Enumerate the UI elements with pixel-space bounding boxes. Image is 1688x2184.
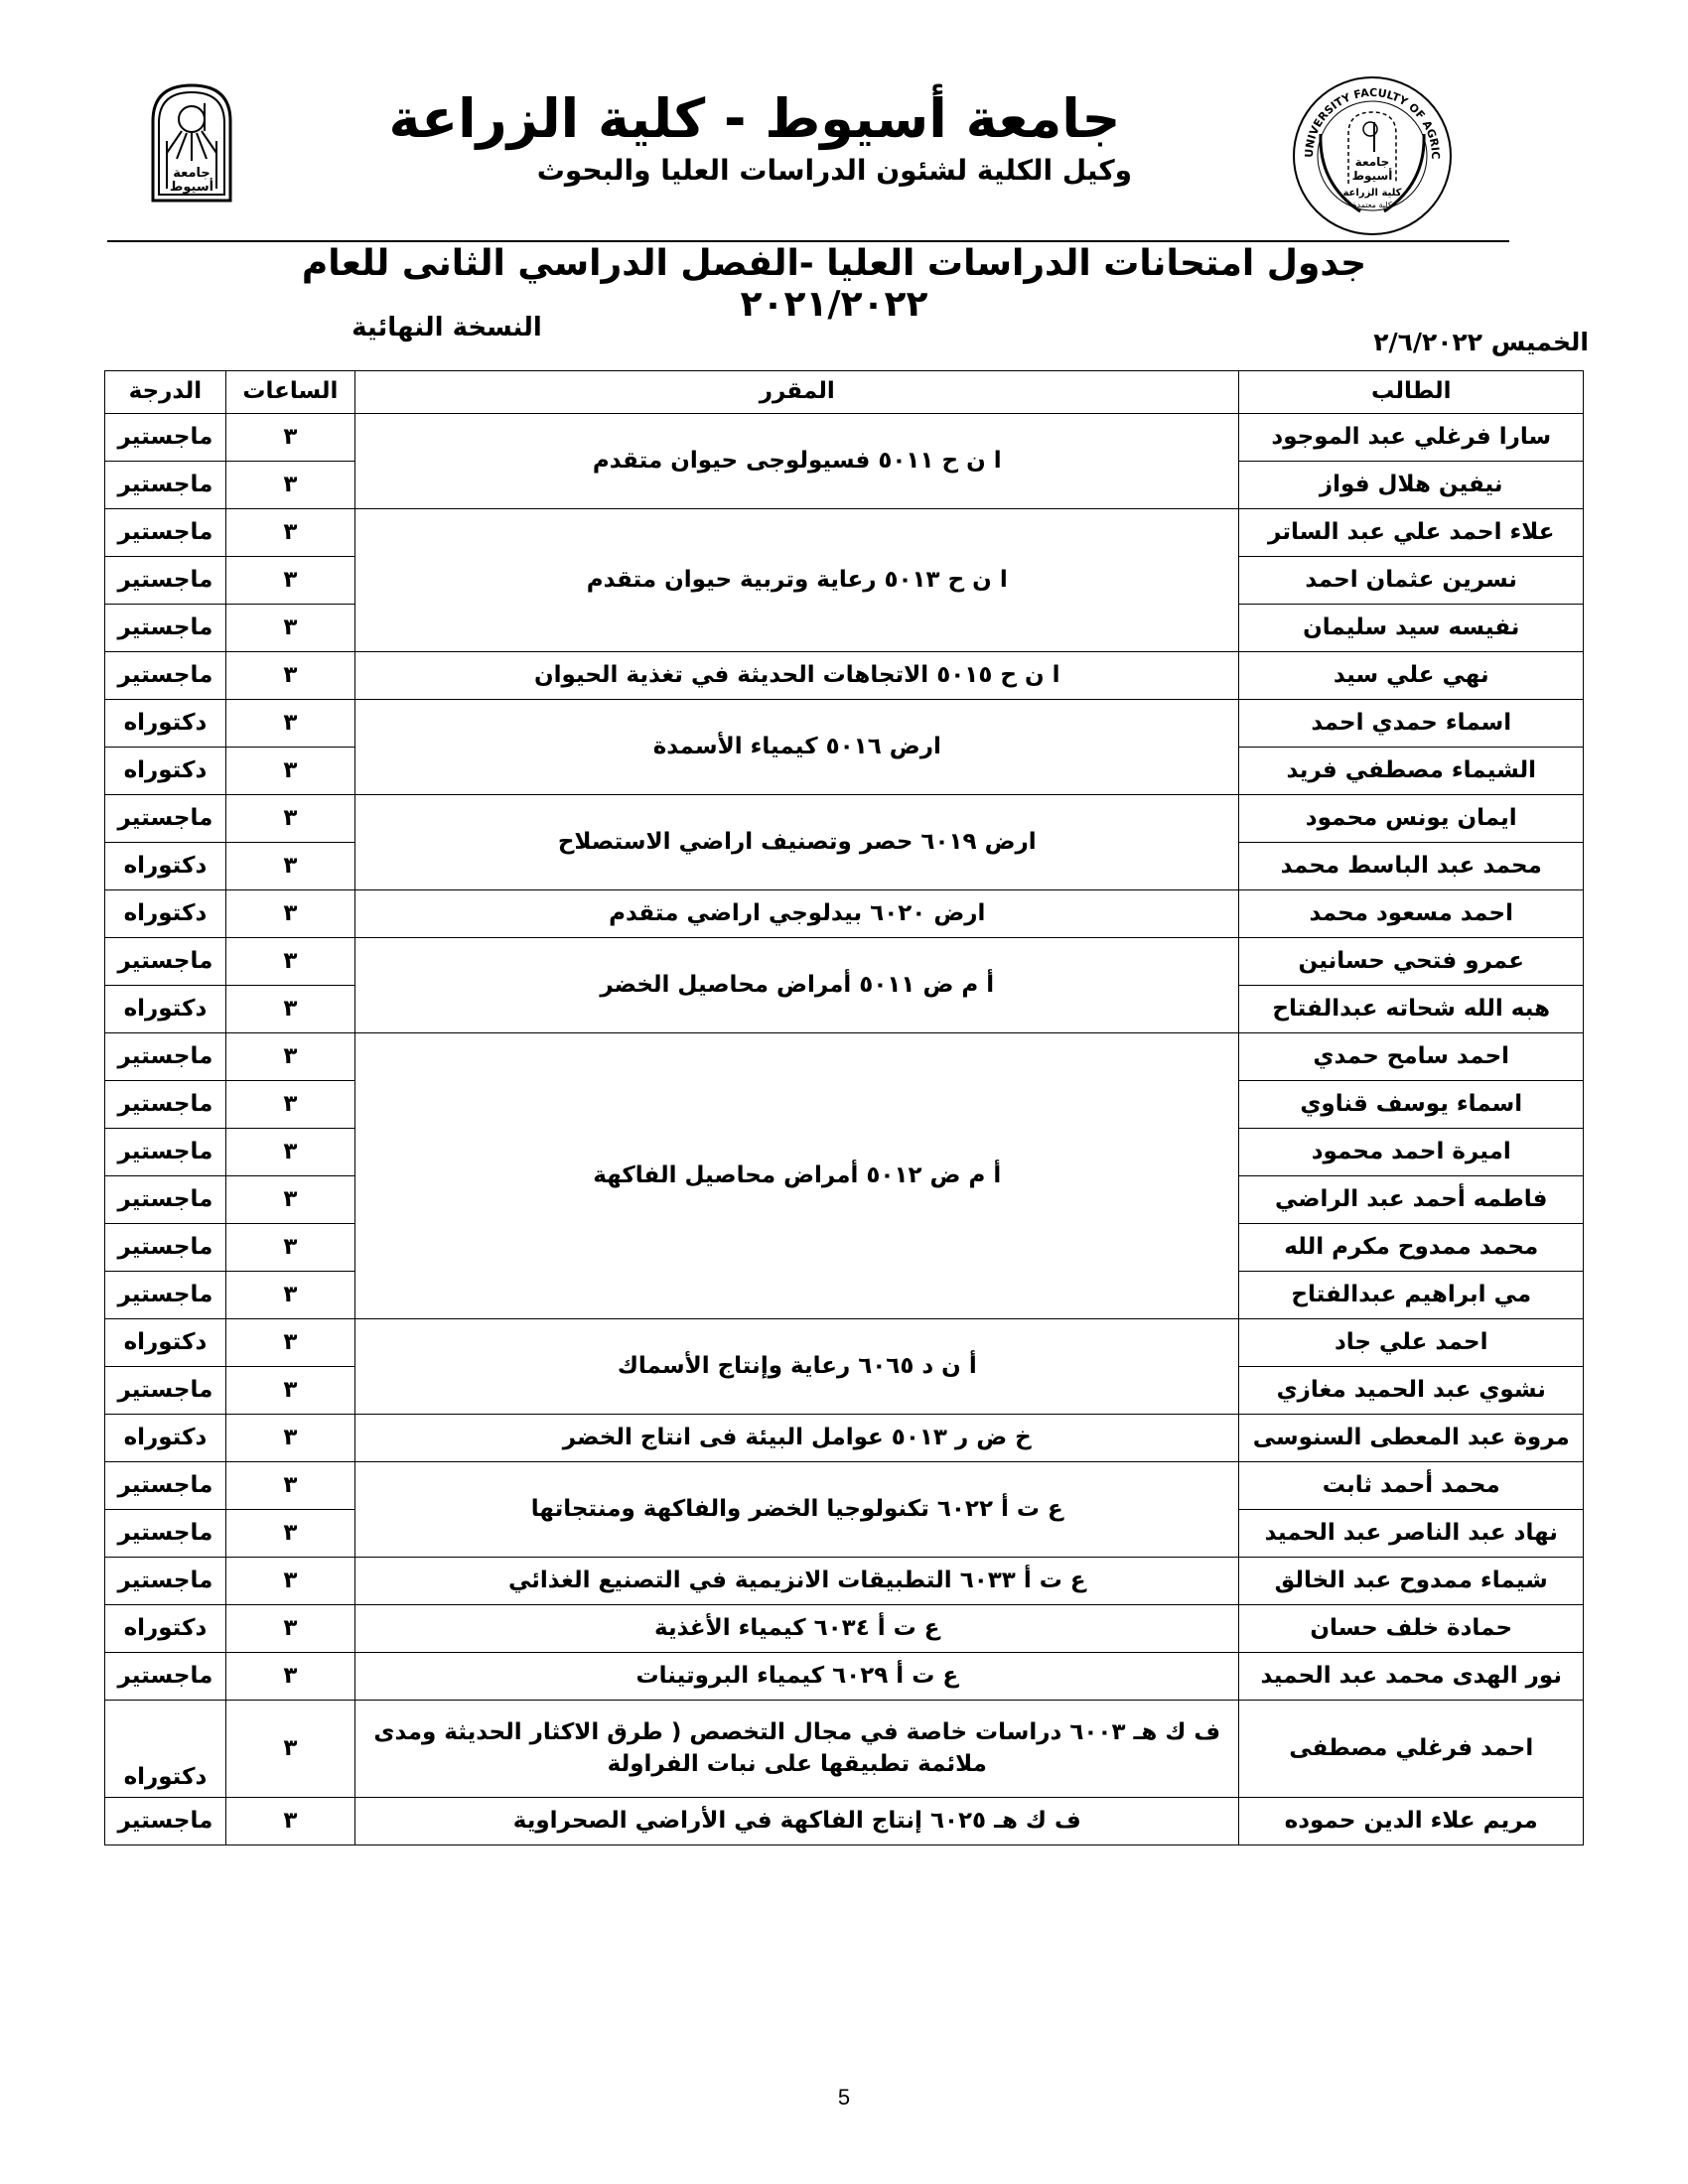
course-cell: خ ض ر ٥٠١٣ عوامل البيئة فى انتاج الخضر: [355, 1415, 1239, 1462]
degree-cell: ماجستير: [105, 938, 226, 986]
hours-cell: ٣: [225, 1224, 354, 1272]
student-name-cell: علاء احمد علي عبد الساتر: [1239, 509, 1584, 557]
hours-cell: ٣: [225, 700, 354, 748]
page-number: 5: [794, 2085, 894, 2111]
hours-cell: ٣: [225, 890, 354, 938]
hours-cell: ٣: [225, 1033, 354, 1081]
hours-cell: ٣: [225, 1510, 354, 1558]
student-name-cell: محمد أحمد ثابت: [1239, 1462, 1584, 1510]
course-cell: أ ن د ٦٠٦٥ رعاية وإنتاج الأسماك: [355, 1319, 1239, 1415]
office-subtitle: وكيل الكلية لشئون الدراسات العليا والبحو…: [496, 154, 1132, 187]
student-name-cell: فاطمه أحمد عبد الراضي: [1239, 1176, 1584, 1224]
hours-cell: ٣: [225, 1129, 354, 1176]
student-name-cell: مروة عبد المعطى السنوسى: [1239, 1415, 1584, 1462]
hours-cell: ٣: [225, 986, 354, 1033]
student-name-cell: محمد عبد الباسط محمد: [1239, 843, 1584, 890]
degree-cell: ماجستير: [105, 652, 226, 700]
hours-cell: ٣: [225, 652, 354, 700]
degree-cell: ماجستير: [105, 1176, 226, 1224]
degree-cell: ماجستير: [105, 1510, 226, 1558]
course-cell: ارض ٦٠١٩ حصر وتصنيف اراضي الاستصلاح: [355, 795, 1239, 890]
hours-cell: ٣: [225, 1367, 354, 1415]
degree-cell: ماجستير: [105, 605, 226, 652]
hours-cell: ٣: [225, 462, 354, 509]
header-student: الطالب: [1239, 371, 1584, 414]
degree-cell: ماجستير: [105, 1798, 226, 1845]
degree-cell: دكتوراه: [105, 1701, 226, 1798]
student-name-cell: نهاد عبد الناصر عبد الحميد: [1239, 1510, 1584, 1558]
table-row: مروة عبد المعطى السنوسىخ ض ر ٥٠١٣ عوامل …: [105, 1415, 1584, 1462]
degree-cell: ماجستير: [105, 1272, 226, 1319]
degree-cell: ماجستير: [105, 1129, 226, 1176]
degree-cell: ماجستير: [105, 557, 226, 605]
student-name-cell: نسرين عثمان احمد: [1239, 557, 1584, 605]
hours-cell: ٣: [225, 843, 354, 890]
header-divider: [107, 240, 1509, 242]
table-body: سارا فرغلي عبد الموجودا ن ح ٥٠١١ فسيولوج…: [105, 414, 1584, 1845]
table-row: عمرو فتحي حسانينأ م ض ٥٠١١ أمراض محاصيل …: [105, 938, 1584, 986]
svg-text:أسيوط: أسيوط: [1352, 168, 1393, 184]
course-cell: أ م ض ٥٠١٢ أمراض محاصيل الفاكهة: [355, 1033, 1239, 1319]
student-name-cell: مي ابراهيم عبدالفتاح: [1239, 1272, 1584, 1319]
version-label: النسخة النهائية: [318, 313, 576, 342]
svg-text:أسيوط: أسيوط: [170, 178, 213, 195]
hours-cell: ٣: [225, 1701, 354, 1798]
svg-text:ASSIUT UNIVERSITY FACULTY OF A: ASSIUT UNIVERSITY FACULTY OF AGRICULTURE: [1291, 74, 1442, 159]
svg-text:كلية معتمدة: كلية معتمدة: [1352, 201, 1391, 209]
student-name-cell: نيفين هلال فواز: [1239, 462, 1584, 509]
degree-cell: ماجستير: [105, 1462, 226, 1510]
hours-cell: ٣: [225, 1415, 354, 1462]
hours-cell: ٣: [225, 1558, 354, 1605]
course-cell: ع ت أ ٦٠٢٩ كيمياء البروتينات: [355, 1653, 1239, 1701]
degree-cell: دكتوراه: [105, 986, 226, 1033]
table-row: اسماء حمدي احمدارض ٥٠١٦ كيمياء الأسمدة٣د…: [105, 700, 1584, 748]
course-cell: ا ن ح ٥٠١١ فسيولوجى حيوان متقدم: [355, 414, 1239, 509]
degree-cell: ماجستير: [105, 1558, 226, 1605]
student-name-cell: سارا فرغلي عبد الموجود: [1239, 414, 1584, 462]
table-header-row: الطالب المقرر الساعات الدرجة: [105, 371, 1584, 414]
table-row: علاء احمد علي عبد الساترا ن ح ٥٠١٣ رعاية…: [105, 509, 1584, 557]
degree-cell: ماجستير: [105, 1653, 226, 1701]
degree-cell: دكتوراه: [105, 843, 226, 890]
hours-cell: ٣: [225, 1653, 354, 1701]
course-cell: ع ت أ ٦٠٣٣ التطبيقات الانزيمية في التصني…: [355, 1558, 1239, 1605]
svg-text:كلية الزراعة: كلية الزراعة: [1342, 188, 1401, 199]
university-title: جامعة أسيوط - كلية الزراعة: [377, 87, 1132, 150]
student-name-cell: احمد علي جاد: [1239, 1319, 1584, 1367]
degree-cell: ماجستير: [105, 1033, 226, 1081]
hours-cell: ٣: [225, 1319, 354, 1367]
degree-cell: دكتوراه: [105, 1605, 226, 1653]
student-name-cell: محمد ممدوح مكرم الله: [1239, 1224, 1584, 1272]
hours-cell: ٣: [225, 1272, 354, 1319]
table-row: سارا فرغلي عبد الموجودا ن ح ٥٠١١ فسيولوج…: [105, 414, 1584, 462]
student-name-cell: اسماء حمدي احمد: [1239, 700, 1584, 748]
table-row: مريم علاء الدين حمودهف ك هـ ٦٠٢٥ إنتاج ا…: [105, 1798, 1584, 1845]
hours-cell: ٣: [225, 938, 354, 986]
degree-cell: دكتوراه: [105, 1415, 226, 1462]
degree-cell: ماجستير: [105, 462, 226, 509]
hours-cell: ٣: [225, 1462, 354, 1510]
hours-cell: ٣: [225, 1798, 354, 1845]
hours-cell: ٣: [225, 414, 354, 462]
table-row: شيماء ممدوح عبد الخالقع ت أ ٦٠٣٣ التطبيق…: [105, 1558, 1584, 1605]
course-cell: أ م ض ٥٠١١ أمراض محاصيل الخضر: [355, 938, 1239, 1033]
student-name-cell: ايمان يونس محمود: [1239, 795, 1584, 843]
hours-cell: ٣: [225, 557, 354, 605]
table-row: نور الهدى محمد عبد الحميدع ت أ ٦٠٢٩ كيمي…: [105, 1653, 1584, 1701]
header-hours: الساعات: [225, 371, 354, 414]
student-name-cell: نفيسه سيد سليمان: [1239, 605, 1584, 652]
student-name-cell: عمرو فتحي حسانين: [1239, 938, 1584, 986]
assiut-university-logo-icon: جامعة أسيوط: [149, 81, 234, 203]
student-name-cell: نهي علي سيد: [1239, 652, 1584, 700]
course-cell: ا ن ح ٥٠١٣ رعاية وتربية حيوان متقدم: [355, 509, 1239, 652]
table-row: احمد فرغلي مصطفىف ك هـ ٦٠٠٣ دراسات خاصة …: [105, 1701, 1584, 1798]
hours-cell: ٣: [225, 509, 354, 557]
student-name-cell: حمادة خلف حسان: [1239, 1605, 1584, 1653]
table-row: ايمان يونس محمودارض ٦٠١٩ حصر وتصنيف اراض…: [105, 795, 1584, 843]
student-name-cell: احمد سامح حمدي: [1239, 1033, 1584, 1081]
student-name-cell: احمد فرغلي مصطفى: [1239, 1701, 1584, 1798]
svg-text:جامعة: جامعة: [173, 166, 211, 181]
course-cell: ف ك هـ ٦٠٠٣ دراسات خاصة في مجال التخصص (…: [355, 1701, 1239, 1798]
hours-cell: ٣: [225, 1176, 354, 1224]
exam-schedule-table: الطالب المقرر الساعات الدرجة سارا فرغلي …: [104, 370, 1584, 1845]
degree-cell: ماجستير: [105, 1224, 226, 1272]
svg-text:جامعة: جامعة: [1355, 155, 1390, 169]
hours-cell: ٣: [225, 748, 354, 795]
degree-cell: دكتوراه: [105, 1319, 226, 1367]
course-cell: ع ت أ ٦٠٣٤ كيمياء الأغذية: [355, 1605, 1239, 1653]
degree-cell: ماجستير: [105, 414, 226, 462]
hours-cell: ٣: [225, 1081, 354, 1129]
student-name-cell: شيماء ممدوح عبد الخالق: [1239, 1558, 1584, 1605]
hours-cell: ٣: [225, 605, 354, 652]
table-row: احمد سامح حمديأ م ض ٥٠١٢ أمراض محاصيل ال…: [105, 1033, 1584, 1081]
degree-cell: ماجستير: [105, 1081, 226, 1129]
student-name-cell: هبه الله شحاته عبدالفتاح: [1239, 986, 1584, 1033]
table-row: حمادة خلف حسانع ت أ ٦٠٣٤ كيمياء الأغذية٣…: [105, 1605, 1584, 1653]
hours-cell: ٣: [225, 1605, 354, 1653]
faculty-of-agriculture-seal-icon: ASSIUT UNIVERSITY FACULTY OF AGRICULTURE…: [1291, 74, 1455, 238]
degree-cell: ماجستير: [105, 1367, 226, 1415]
student-name-cell: اميرة احمد محمود: [1239, 1129, 1584, 1176]
header-degree: الدرجة: [105, 371, 226, 414]
student-name-cell: نشوي عبد الحميد مغازي: [1239, 1367, 1584, 1415]
degree-cell: ماجستير: [105, 795, 226, 843]
course-cell: ف ك هـ ٦٠٢٥ إنتاج الفاكهة في الأراضي الص…: [355, 1798, 1239, 1845]
exam-date: الخميس ٢/٦/٢٠٢٢: [1291, 328, 1589, 356]
table-row: احمد مسعود محمدارض ٦٠٢٠ بيدلوجي اراضي مت…: [105, 890, 1584, 938]
header-course: المقرر: [355, 371, 1239, 414]
course-cell: ا ن ح ٥٠١٥ الاتجاهات الحديثة في تغذية ال…: [355, 652, 1239, 700]
course-cell: ارض ٦٠٢٠ بيدلوجي اراضي متقدم: [355, 890, 1239, 938]
table-row: نهي علي سيدا ن ح ٥٠١٥ الاتجاهات الحديثة …: [105, 652, 1584, 700]
degree-cell: دكتوراه: [105, 890, 226, 938]
hours-cell: ٣: [225, 795, 354, 843]
student-name-cell: نور الهدى محمد عبد الحميد: [1239, 1653, 1584, 1701]
student-name-cell: اسماء يوسف قناوي: [1239, 1081, 1584, 1129]
degree-cell: دكتوراه: [105, 700, 226, 748]
student-name-cell: الشيماء مصطفي فريد: [1239, 748, 1584, 795]
course-cell: ارض ٥٠١٦ كيمياء الأسمدة: [355, 700, 1239, 795]
student-name-cell: مريم علاء الدين حموده: [1239, 1798, 1584, 1845]
table-row: محمد أحمد ثابتع ت أ ٦٠٢٢ تكنولوجيا الخضر…: [105, 1462, 1584, 1510]
course-cell: ع ت أ ٦٠٢٢ تكنولوجيا الخضر والفاكهة ومنت…: [355, 1462, 1239, 1558]
student-name-cell: احمد مسعود محمد: [1239, 890, 1584, 938]
degree-cell: دكتوراه: [105, 748, 226, 795]
degree-cell: ماجستير: [105, 509, 226, 557]
table-row: احمد علي جادأ ن د ٦٠٦٥ رعاية وإنتاج الأس…: [105, 1319, 1584, 1367]
